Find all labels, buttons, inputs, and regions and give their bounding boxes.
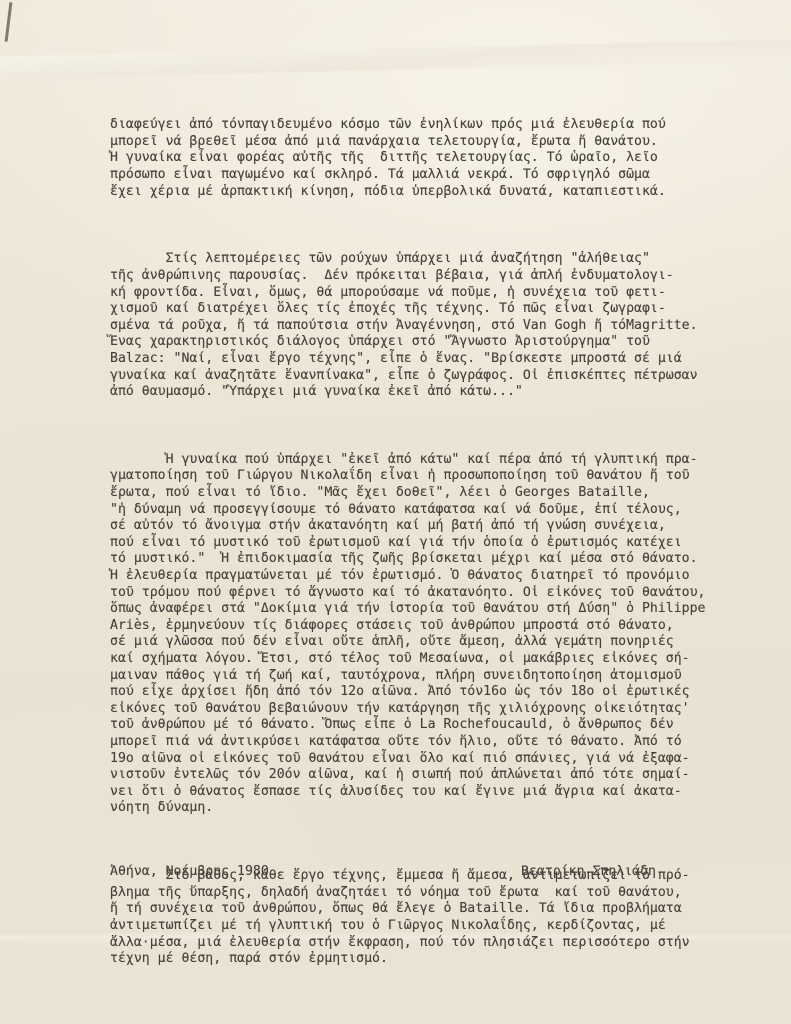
scanned-typewritten-page: διαφεύγει ἀπό τόνπαγιδευμένο κόσμο τῶν ἐ… (0, 0, 791, 1024)
document-footer: Ἀθήνα, Νοέμβρης 1980 Βεατρίκη Σπηλιάδη (110, 864, 742, 881)
paragraph-4: Στό βάθος, κάθε ἔργο τέχνης, ἔμμεσα ἤ ἄμ… (110, 868, 750, 968)
footer-place-date: Ἀθήνα, Νοέμβρης 1980 (110, 864, 269, 881)
page-corner-fold-mark (5, 2, 13, 42)
paper-crease-top (0, 40, 791, 79)
paragraph-2: Στίς λεπτομέρειες τῶν ρούχων ὑπάρχει μιά… (110, 251, 750, 400)
paragraph-3: Ἡ γυναίκα πού ὑπάρχει "ἐκεῖ ἀπό κάτω" κα… (110, 452, 750, 817)
footer-author-signature: Βεατρίκη Σπηλιάδη (521, 864, 656, 881)
paragraph-1: διαφεύγει ἀπό τόνπαγιδευμένο κόσμο τῶν ἐ… (110, 117, 750, 200)
